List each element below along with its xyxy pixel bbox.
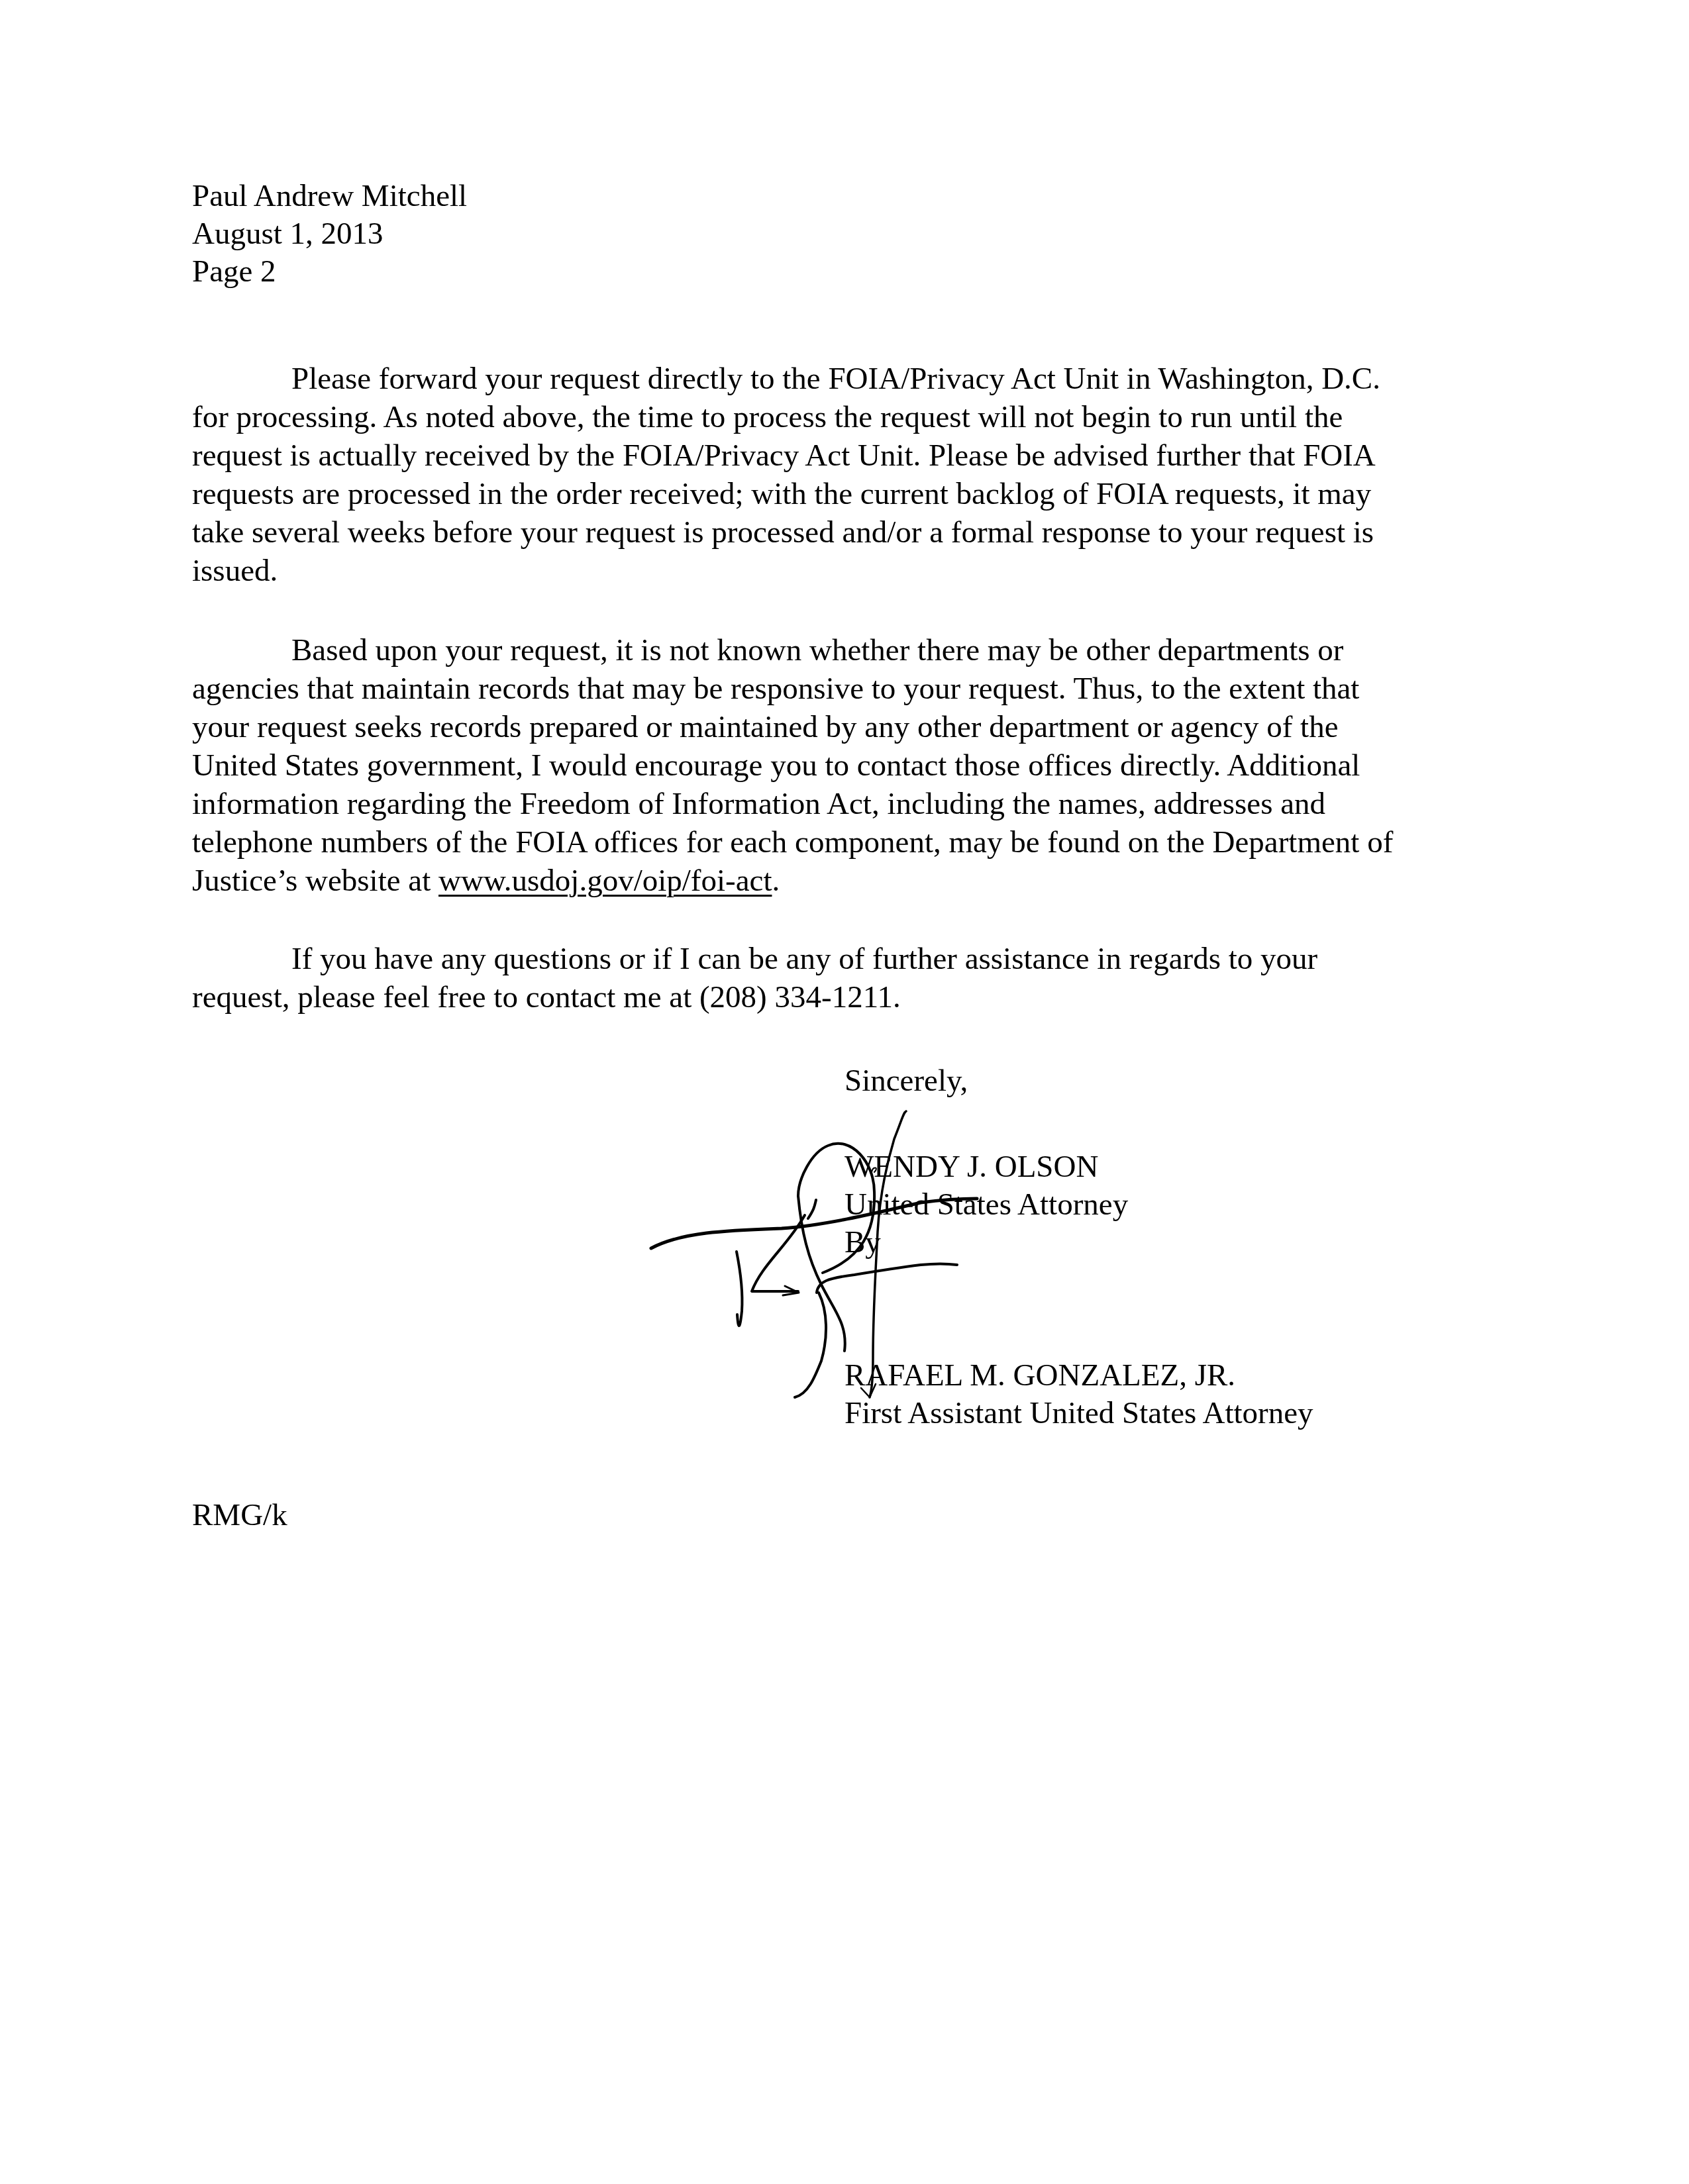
signer-title: United States Attorney — [844, 1186, 1128, 1224]
paragraph-line: requests are processed in the order rece… — [192, 475, 1517, 513]
paragraph-line: If you have any questions or if I can be… — [192, 940, 1517, 978]
paragraph-line: agencies that maintain records that may … — [192, 670, 1517, 708]
paragraph-line: request, please feel free to contact me … — [192, 978, 1517, 1017]
recipient-name: Paul Andrew Mitchell — [192, 177, 467, 215]
paragraph-line: request is actually received by the FOIA… — [192, 436, 1517, 475]
signer-name: WENDY J. OLSON — [844, 1148, 1128, 1186]
paragraph-line: for processing. As noted above, the time… — [192, 398, 1517, 436]
by-label: By — [844, 1224, 1128, 1262]
link-prefix: Justice’s website at — [192, 864, 438, 898]
paragraph-contact: If you have any questions or if I can be… — [192, 940, 1517, 1017]
paragraph-forward-request: Please forward your request directly to … — [192, 360, 1517, 590]
paragraph-line-with-link: Justice’s website at www.usdoj.gov/oip/f… — [192, 862, 1517, 900]
paragraph-line: Based upon your request, it is not known… — [192, 631, 1517, 670]
paragraph-line: information regarding the Freedom of Inf… — [192, 785, 1517, 823]
paragraph-line: telephone numbers of the FOIA offices fo… — [192, 823, 1517, 862]
paragraph-line: Please forward your request directly to … — [192, 360, 1517, 398]
paragraph-line: your request seeks records prepared or m… — [192, 708, 1517, 746]
assistant-name: RAFAEL M. GONZALEZ, JR. — [844, 1357, 1313, 1395]
letter-page: Paul Andrew Mitchell August 1, 2013 Page… — [0, 0, 1689, 2184]
signer-block: WENDY J. OLSON United States Attorney By — [844, 1148, 1128, 1262]
typist-initials: RMG/k — [192, 1497, 287, 1534]
closing-salutation: Sincerely, — [844, 1062, 968, 1100]
paragraph-line: United States government, I would encour… — [192, 746, 1517, 785]
assistant-block: RAFAEL M. GONZALEZ, JR. First Assistant … — [844, 1357, 1313, 1432]
paragraph-line: issued. — [192, 552, 1517, 590]
paragraph-line: take several weeks before your request i… — [192, 513, 1517, 552]
link-suffix: . — [772, 864, 780, 898]
letter-header: Paul Andrew Mitchell August 1, 2013 Page… — [192, 177, 467, 291]
assistant-title: First Assistant United States Attorney — [844, 1395, 1313, 1432]
doj-foia-link[interactable]: www.usdoj.gov/oip/foi-act — [438, 864, 772, 898]
letter-date: August 1, 2013 — [192, 215, 467, 253]
paragraph-other-agencies: Based upon your request, it is not known… — [192, 631, 1517, 900]
page-number: Page 2 — [192, 253, 467, 291]
